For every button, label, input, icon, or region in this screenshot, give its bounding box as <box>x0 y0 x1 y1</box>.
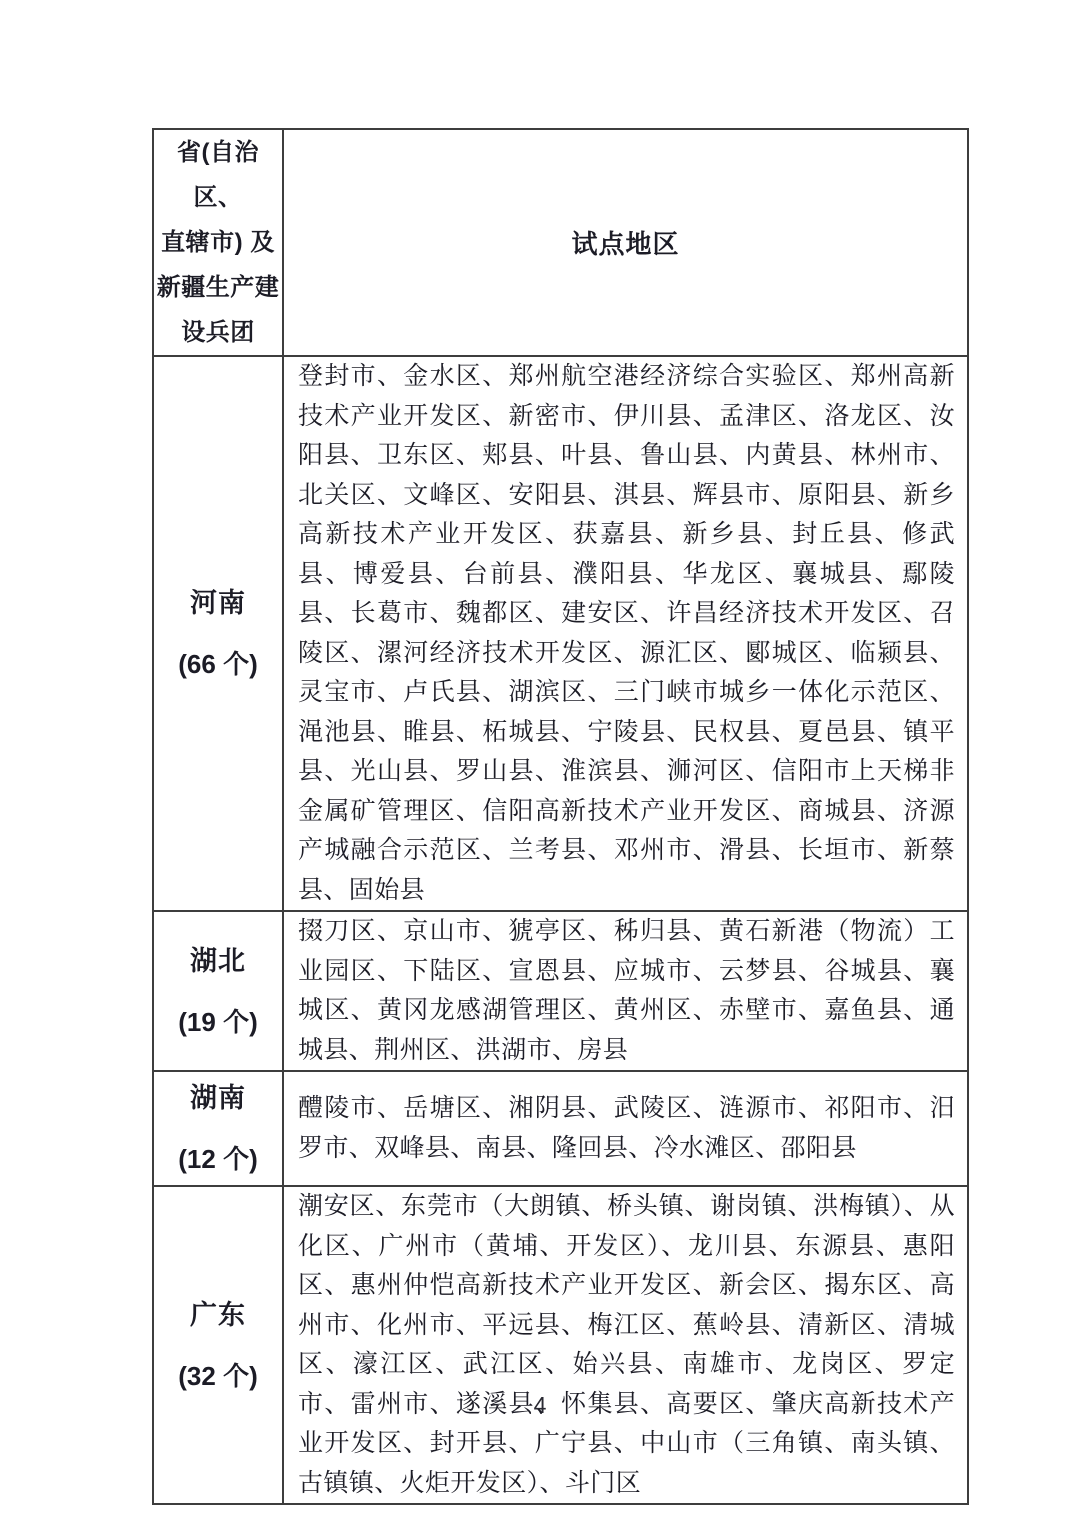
province-name: 湖南 <box>154 1078 282 1118</box>
province-name: 广东 <box>154 1295 282 1335</box>
table-row: 湖南 (12 个) 醴陵市、岳塘区、湘阴县、武陵区、涟源市、祁阳市、汨罗市、双峰… <box>153 1071 968 1186</box>
province-name: 河南 <box>154 583 282 623</box>
province-count: (32 个) <box>154 1356 282 1396</box>
pilot-region-table: 省(自治区、 直辖市) 及 新疆生产建 设兵团 试点地区 河南 (66 个) 登… <box>152 128 969 1505</box>
province-cell-hunan: 湖南 (12 个) <box>153 1071 283 1186</box>
header-province-cell: 省(自治区、 直辖市) 及 新疆生产建 设兵团 <box>153 129 283 356</box>
table-row: 广东 (32 个) 潮安区、东莞市（大朗镇、桥头镇、谢岗镇、洪梅镇）、从化区、广… <box>153 1186 968 1504</box>
region-list: 醴陵市、岳塘区、湘阴县、武陵区、涟源市、祁阳市、汨罗市、双峰县、南县、隆回县、冷… <box>284 1089 967 1168</box>
table-row: 湖北 (19 个) 掇刀区、京山市、猇亭区、秭归县、黄石新港（物流）工业园区、下… <box>153 911 968 1071</box>
regions-cell-hunan: 醴陵市、岳塘区、湘阴县、武陵区、涟源市、祁阳市、汨罗市、双峰县、南县、隆回县、冷… <box>283 1071 968 1186</box>
province-cell-henan: 河南 (66 个) <box>153 356 283 911</box>
table-row: 河南 (66 个) 登封市、金水区、郑州航空港经济综合实验区、郑州高新技术产业开… <box>153 356 968 911</box>
table-header-row: 省(自治区、 直辖市) 及 新疆生产建 设兵团 试点地区 <box>153 129 968 356</box>
region-list: 掇刀区、京山市、猇亭区、秭归县、黄石新港（物流）工业园区、下陆区、宣恩县、应城市… <box>284 912 967 1070</box>
header-regions-label: 试点地区 <box>284 224 967 261</box>
province-count: (12 个) <box>154 1139 282 1179</box>
province-count: (66 个) <box>154 644 282 684</box>
province-cell-hubei: 湖北 (19 个) <box>153 911 283 1071</box>
regions-cell-guangdong: 潮安区、东莞市（大朗镇、桥头镇、谢岗镇、洪梅镇）、从化区、广州市（黄埔、开发区）… <box>283 1186 968 1504</box>
province-count: (19 个) <box>154 1002 282 1042</box>
regions-cell-henan: 登封市、金水区、郑州航空港经济综合实验区、郑州高新技术产业开发区、新密市、伊川县… <box>283 356 968 911</box>
province-cell-guangdong: 广东 (32 个) <box>153 1186 283 1504</box>
header-regions-cell: 试点地区 <box>283 129 968 356</box>
regions-cell-hubei: 掇刀区、京山市、猇亭区、秭归县、黄石新港（物流）工业园区、下陆区、宣恩县、应城市… <box>283 911 968 1071</box>
region-list: 潮安区、东莞市（大朗镇、桥头镇、谢岗镇、洪梅镇）、从化区、广州市（黄埔、开发区）… <box>284 1187 967 1503</box>
page-number: 4 <box>0 1392 1080 1419</box>
document-page: 省(自治区、 直辖市) 及 新疆生产建 设兵团 试点地区 河南 (66 个) 登… <box>0 0 1080 1526</box>
header-province-label: 省(自治区、 直辖市) 及 新疆生产建 设兵团 <box>154 130 282 355</box>
province-name: 湖北 <box>154 941 282 981</box>
region-list: 登封市、金水区、郑州航空港经济综合实验区、郑州高新技术产业开发区、新密市、伊川县… <box>284 357 967 910</box>
